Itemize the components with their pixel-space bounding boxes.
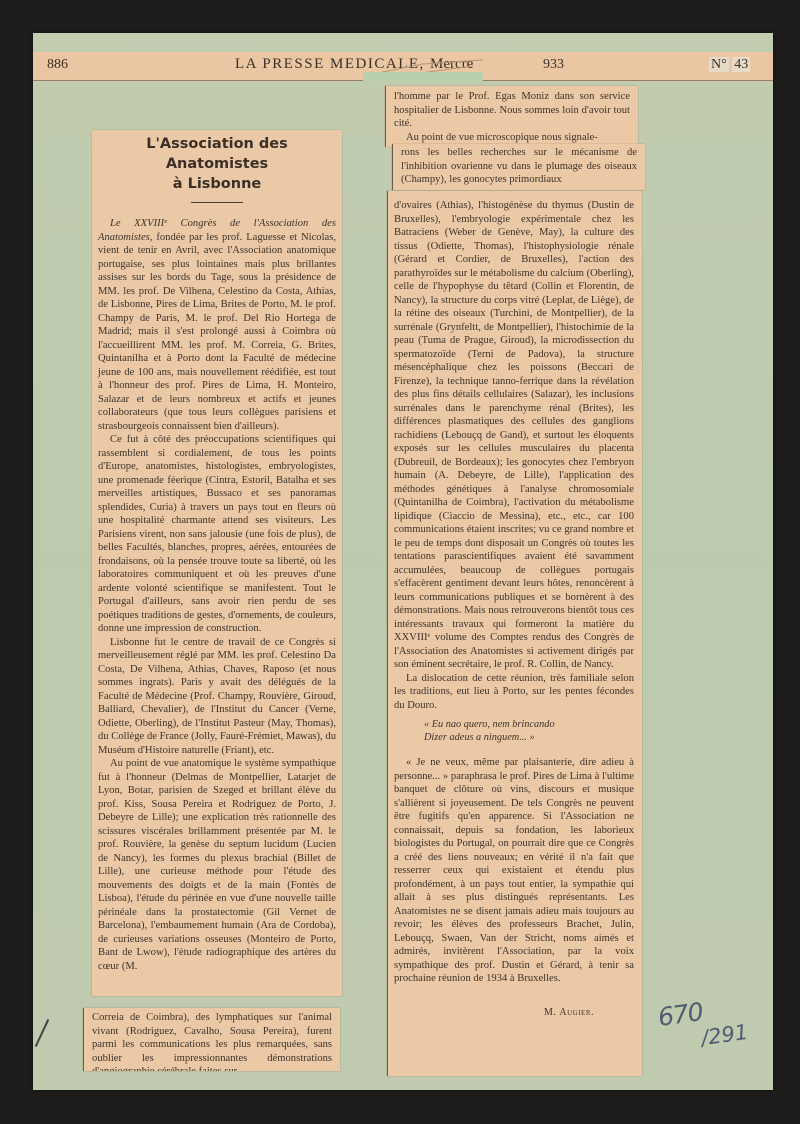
paragraph-intro: Le XXVIIIᵉ Congrès de l'Association des … (98, 217, 336, 433)
left-column-clipping: L'Association des Anatomistes à Lisbonne… (92, 130, 342, 996)
right-main-clipping: d'ovaires (Athias), l'histogénèse du thy… (387, 191, 642, 1076)
paragraph-micro-start: Au point de vue microscopique nous signa… (394, 131, 630, 145)
paragraph-excursion: Ce fut à côté des préoccupations scienti… (98, 433, 336, 636)
handwritten-catalog-suffix: /291 (700, 1020, 750, 1050)
issue-number: N° 43 (709, 57, 750, 73)
archive-mount-sheet: 886 LA PRESSE MEDICALE, Mercre 933 N° 43… (33, 33, 773, 1090)
paragraph-research-list: d'ovaires (Athias), l'histogénèse du thy… (394, 199, 634, 672)
margin-pencil-mark (35, 1019, 49, 1047)
paragraph-continuation: Correia de Coimbra), des lymphatiques su… (92, 1011, 332, 1071)
left-bottom-clipping: Correia de Coimbra), des lymphatiques su… (83, 1008, 340, 1071)
author-signature: M. Augier. (394, 1006, 634, 1020)
header-tear-gap (363, 72, 483, 81)
article-title: L'Association des Anatomistes à Lisbonne (98, 134, 336, 194)
paragraph-lisbon: Lisbonne fut le centre de travail de ce … (98, 636, 336, 758)
right-second-clipping: rons les belles recherches sur le mécani… (392, 144, 645, 190)
year-fragment: 933 (543, 57, 564, 73)
journal-header: 886 LA PRESSE MEDICALE, Mercre 933 N° 43 (33, 52, 773, 81)
paragraph-moniz: l'homme par le Prof. Egas Moniz dans son… (394, 90, 630, 131)
portuguese-quote: « Eu nao quero, nem brincando Dizer adeu… (394, 718, 634, 744)
title-divider (191, 202, 243, 203)
handwritten-catalog-number: 670 (656, 997, 704, 1032)
right-top-clipping: l'homme par le Prof. Egas Moniz dans son… (385, 86, 638, 147)
paragraph-anatomy: Au point de vue anatomique le système sy… (98, 757, 336, 973)
paragraph-micro: rons les belles recherches sur le mécani… (401, 146, 637, 187)
paragraph-closing: « Je ne veux, même par plaisanterie, dir… (394, 756, 634, 986)
page-number: 886 (47, 57, 68, 73)
paragraph-dislocation: La dislocation de cette réunion, très fa… (394, 672, 634, 713)
